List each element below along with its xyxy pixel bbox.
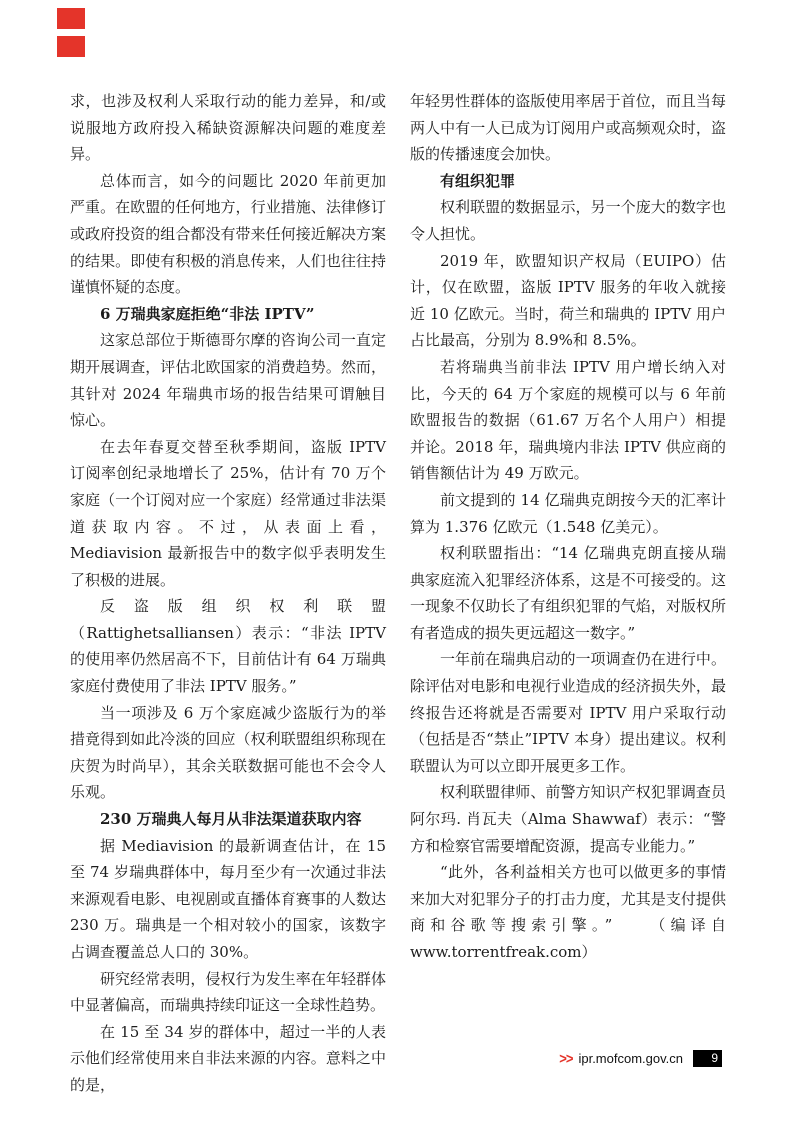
paragraph: 权利联盟指出：“14 亿瑞典克朗直接从瑞典家庭流入犯罪经济体系，这是不可接受的。… bbox=[410, 540, 726, 646]
paragraph: 据 Mediavision 的最新调查估计，在 15 至 74 岁瑞典群体中，每… bbox=[70, 833, 386, 966]
footer-site-url: ipr.mofcom.gov.cn bbox=[578, 1051, 683, 1066]
paragraph: 这家总部位于斯德哥尔摩的咨询公司一直定期开展调查，评估北欧国家的消费趋势。然而，… bbox=[70, 327, 386, 433]
paragraph: 若将瑞典当前非法 IPTV 用户增长纳入对比，今天的 64 万个家庭的规模可以与… bbox=[410, 354, 726, 487]
paragraph: 2019 年，欧盟知识产权局（EUIPO）估计，仅在欧盟，盗版 IPTV 服务的… bbox=[410, 248, 726, 354]
paragraph: 反盗版组织权利联盟（Rattighetsalliansen）表示：“非法 IPT… bbox=[70, 593, 386, 699]
paragraph: 求，也涉及权利人采取行动的能力差异，和/或说服地方政府投入稀缺资源解决问题的难度… bbox=[70, 88, 386, 168]
red-corner-mark bbox=[57, 36, 85, 57]
paragraph: 权利联盟律师、前警方知识产权犯罪调查员阿尔玛. 肖瓦夫（Alma Shawwaf… bbox=[410, 779, 726, 859]
double-chevron-icon: >> bbox=[559, 1050, 572, 1067]
section-heading: 6 万瑞典家庭拒绝“非法 IPTV” bbox=[70, 301, 386, 328]
page-footer: >> ipr.mofcom.gov.cn 9 bbox=[559, 1049, 722, 1068]
red-corner-mark bbox=[57, 8, 85, 29]
magazine-page: { "page": { "background": "#ffffff", "ac… bbox=[0, 0, 794, 1123]
paragraph: 研究经常表明，侵权行为发生率在年轻群体中显著偏高，而瑞典持续印证这一全球性趋势。 bbox=[70, 966, 386, 1019]
paragraph: 前文提到的 14 亿瑞典克朗按今天的汇率计算为 1.376 亿欧元（1.548 … bbox=[410, 487, 726, 540]
paragraph: 当一项涉及 6 万个家庭减少盗版行为的举措竟得到如此冷淡的回应（权利联盟组织称现… bbox=[70, 700, 386, 806]
paragraph: 年轻男性群体的盗版使用率居于首位，而且当每两人中有一人已成为订阅用户或高频观众时… bbox=[410, 88, 726, 168]
paragraph: 总体而言，如今的问题比 2020 年前更加严重。在欧盟的任何地方，行业措施、法律… bbox=[70, 168, 386, 301]
paragraph: 一年前在瑞典启动的一项调查仍在进行中。除评估对电影和电视行业造成的经济损失外，最… bbox=[410, 646, 726, 779]
paragraph: 在去年春夏交替至秋季期间，盗版 IPTV 订阅率创纪录地增长了 25%，估计有 … bbox=[70, 434, 386, 594]
article-column-left: 求，也涉及权利人采取行动的能力差异，和/或说服地方政府投入稀缺资源解决问题的难度… bbox=[70, 88, 386, 1099]
paragraph: 权利联盟的数据显示，另一个庞大的数字也令人担忧。 bbox=[410, 194, 726, 247]
paragraph: 在 15 至 34 岁的群体中，超过一半的人表示他们经常使用来自非法来源的内容。… bbox=[70, 1019, 386, 1099]
page-number-badge: 9 bbox=[693, 1050, 722, 1067]
article-column-right: 年轻男性群体的盗版使用率居于首位，而且当每两人中有一人已成为订阅用户或高频观众时… bbox=[410, 88, 726, 966]
paragraph: “此外，各利益相关方也可以做更多的事情来加大对犯罪分子的打击力度，尤其是支付提供… bbox=[410, 859, 726, 965]
section-heading: 有组织犯罪 bbox=[410, 168, 726, 195]
section-heading: 230 万瑞典人每月从非法渠道获取内容 bbox=[70, 806, 386, 833]
